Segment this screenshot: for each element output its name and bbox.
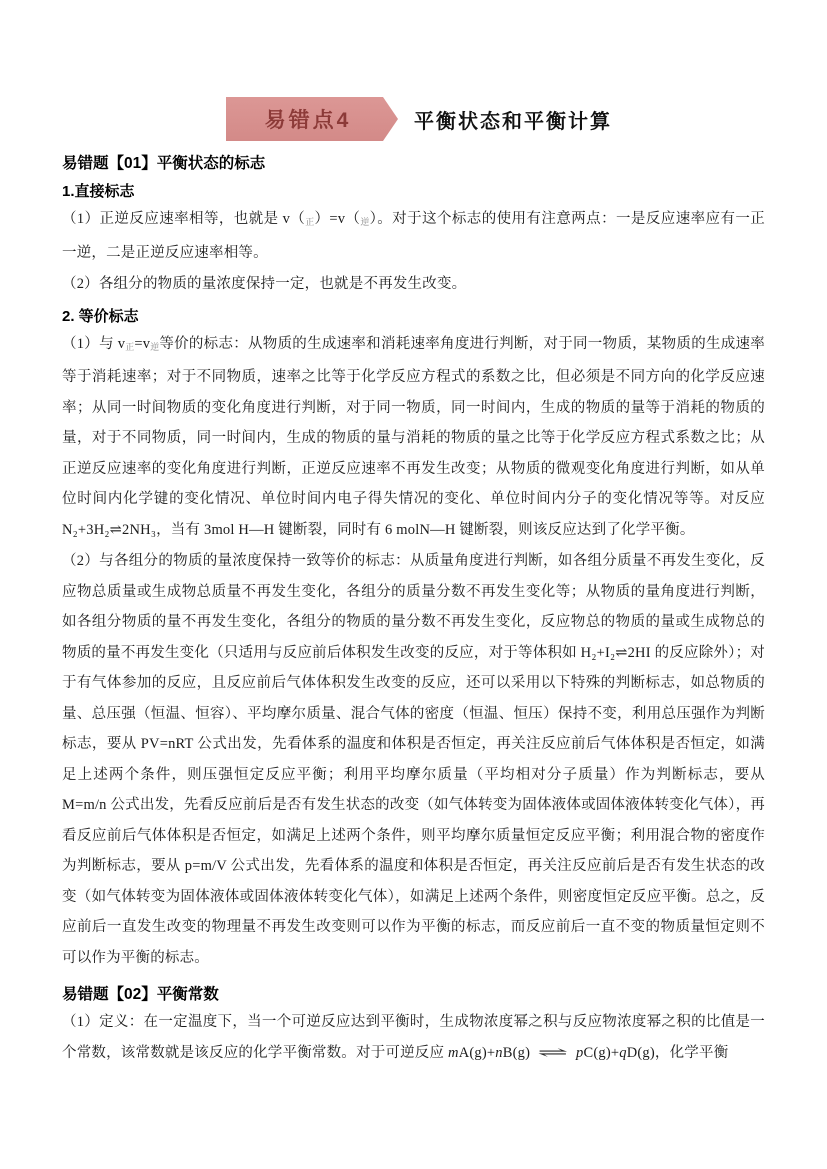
subscript-label: 逆 [360,217,369,227]
subscript-label: 逆 [150,342,159,352]
error-point-banner: 易错点4 [226,97,398,141]
error-point-label: 易错点4 [265,104,352,134]
paragraph-equilibrium-constant-definition: （1）定义：在一定温度下，当一个可逆反应达到平衡时，生成物浓度幂之积与反应物浓度… [62,1007,765,1069]
heading-error-topic-02: 易错题【02】平衡常数 [62,984,765,1006]
heading-error-topic-01: 易错题【01】平衡状态的标志 [62,153,765,175]
stoichiometric-variable: n [495,1045,502,1061]
subheading-equivalent-signs: 2. 等价标志 [62,306,765,328]
paragraph-equivalent-sign-2: （2）与各组分的物质的量浓度保持一致等价的标志：从质量角度进行判断，如各组分质量… [62,546,765,973]
stoichiometric-variable: q [619,1045,626,1061]
subscript-label: 正 [125,342,134,352]
subscript-label: 正 [305,217,314,227]
equilibrium-arrow: ⇌ [538,1039,569,1070]
paragraph-equivalent-sign-1: （1）与 v正=v逆等价的标志：从物质的生成速率和消耗速率角度进行判断，对于同一… [62,329,765,546]
stoichiometric-variable: p [576,1045,583,1061]
document-page: 易错点4 平衡状态和平衡计算 易错题【01】平衡状态的标志 1.直接标志 （1）… [0,0,827,1169]
paragraph-direct-sign-2: （2）各组分的物质的量浓度保持一定，也就是不再发生改变。 [62,269,765,300]
title-banner-row: 易错点4 平衡状态和平衡计算 [226,96,765,142]
stoichiometric-variable: m [448,1045,459,1061]
page-title: 平衡状态和平衡计算 [414,105,612,134]
paragraph-direct-sign-1: （1）正逆反应速率相等，也就是 v（正）=v（逆）。对于这个标志的使用有注意两点… [62,204,765,268]
subheading-direct-signs: 1.直接标志 [62,181,765,203]
